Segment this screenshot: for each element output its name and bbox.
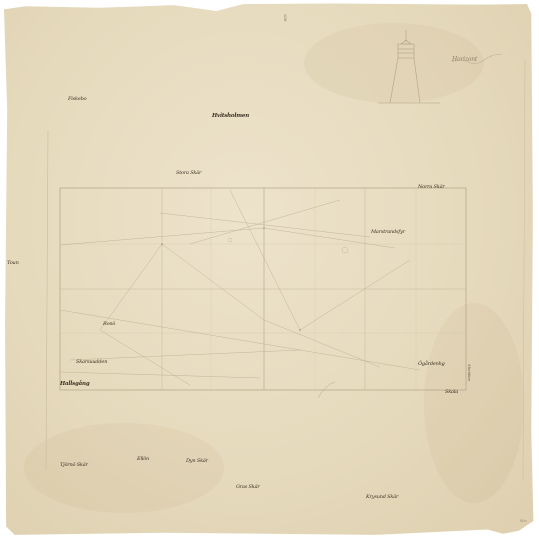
place-label: Ögårdenhg	[418, 361, 445, 367]
triangulation-lines	[60, 190, 420, 385]
survey-linework	[0, 0, 539, 541]
place-label: Hvitsholmen	[212, 113, 249, 119]
place-label: Ellön	[137, 456, 149, 462]
corner-mark: N:o	[520, 518, 527, 523]
margin-line	[46, 130, 48, 470]
survey-point	[161, 243, 163, 245]
place-label: Norra Skär	[418, 184, 445, 190]
place-label: Marstrandsfyr	[371, 229, 405, 235]
pencil-note: Horizont	[452, 56, 477, 63]
place-label: Gras Skär	[236, 484, 260, 490]
pencil-note: Sätt	[283, 14, 288, 22]
place-label: Ronö	[103, 321, 115, 327]
lighthouse-sketch-icon	[378, 30, 440, 103]
place-label: Skarsuudden	[76, 359, 107, 365]
place-label: Tjörnö Skär	[60, 462, 88, 468]
meridian-label: Meridian	[467, 364, 472, 381]
survey-point	[263, 227, 265, 229]
place-label: Stora Skär	[176, 170, 201, 176]
place-label: Toun	[7, 260, 19, 266]
survey-point-circle	[342, 247, 348, 253]
survey-point	[299, 329, 301, 331]
place-label: Fiskebo	[68, 96, 86, 102]
place-label: Dyn Skär	[186, 458, 208, 464]
place-label: Hallsgång	[60, 381, 90, 387]
scale-label: Skala	[445, 389, 458, 395]
margin-line	[523, 60, 525, 480]
survey-point-circle	[228, 238, 232, 242]
place-label: Krysund Skär	[366, 494, 398, 500]
